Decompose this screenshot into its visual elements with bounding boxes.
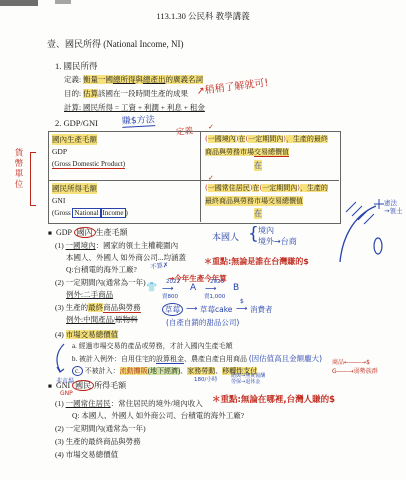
gni-full-post: ) (126, 209, 128, 217)
owner-b-label: B (233, 283, 239, 293)
gni-h-post: 所得毛額 (94, 381, 126, 390)
gni-full-income-boxed: Income (101, 208, 126, 218)
gdp-abbr-cell: GDP (52, 147, 67, 156)
people-who: 本國人 (212, 233, 239, 243)
gdp-definition-line2: 商品與勞務市場交易總價值 (205, 147, 289, 157)
people-out: 境外→台商 (258, 236, 297, 247)
square-bullet-icon: ■ (48, 230, 52, 237)
arrow-icon: ⟶ (186, 304, 197, 313)
gdp-item4-line: (4) 市場交易總價值 (55, 329, 118, 340)
gdp-item3-line: (3) 生產的最終商品與勞務 (55, 302, 141, 313)
gdp-def-l2b-underlined: 交易總價值 (254, 148, 289, 157)
square-bullet-icon: ■ (48, 383, 52, 390)
gni-name-cell: 國民所得毛額 (52, 183, 97, 194)
document-title: 113.1.30 公民科 教學講義 (0, 10, 406, 22)
c-pre: 不被計入： (83, 367, 120, 375)
gdp-definition-line1: (一國境內)在(一定期間內)，生產的最終 (205, 134, 328, 144)
curved-arrow-icon (52, 342, 68, 376)
i1-rest: ：國家的領土主權範圍內 (96, 241, 179, 250)
i4-highlight: 市場交易總價值 (66, 330, 119, 339)
arrow-icon: ――→ (337, 368, 354, 375)
gdp-sub-b: b. 被計入例外：自用住宅的設算租金、農產自產自用商品 (因估值高且金額龐大) (72, 353, 322, 364)
scan-artifact (0, 0, 38, 6)
sec1-goal-line: 目的: 估算該國在一段時間生產的成果 (64, 88, 188, 99)
gni-i1-num: (1) (55, 399, 66, 408)
gdp-h-circled: 國內 (74, 227, 96, 238)
gni-item3-line: (3) 生產的最終商品與勞務 (55, 436, 141, 447)
check-icon: ✓ (208, 123, 214, 131)
consumer-label: 消費者 (250, 304, 273, 315)
gdp-section-heading: ■ GDP 國內生產毛額 (48, 227, 128, 238)
def-p2-underlined: 總所得 (113, 75, 136, 84)
arrow-icon: ⟶ (236, 304, 247, 313)
b-post: 、農產自產自用商品 (184, 355, 247, 363)
sec2-heading: 2. GDP/GNI (55, 118, 98, 128)
strawberry-label-circled: 草莓 (162, 303, 183, 316)
i1-num: (1) (55, 241, 66, 250)
b-underlined: 設算租金 (156, 355, 184, 364)
i4-num: (4) (55, 330, 66, 339)
sec1-heading: 1. 國民所得 (55, 60, 98, 72)
transfer-note-2: 勞保→退休金 (231, 378, 260, 385)
t-shirt-icon: 👕 (146, 283, 157, 293)
double-arrow-icon: ←――→ (344, 359, 366, 366)
gni-item2-line: (2) 一定期間內(通常為一年) (55, 423, 146, 434)
def-p3: 與 (135, 75, 143, 84)
scan-artifact (55, 0, 71, 4)
gni-def-t1: 一國常住居民 (208, 184, 250, 192)
gdp-h-post: 生產毛額 (96, 228, 128, 237)
note-text: 稍稍了解就可! (204, 78, 269, 97)
table-column-divider (200, 131, 201, 222)
red-diagram-line2: G――→弱勢族群 (332, 366, 378, 375)
c-hl1: 流動攤販 (120, 367, 148, 375)
red-diagram-line1: 商品←――→$ (332, 357, 370, 366)
gni-def-tail: ，生產的 (300, 184, 328, 192)
handwritten-zai: 在 (254, 160, 262, 171)
gdp-sub-a: a. 經過市場交易的產品或勞務，才計入國內生產毛額 (72, 341, 233, 351)
gdp-def-t2: 一定期間內 (248, 135, 283, 143)
gni-item1-line: (1) 一國常住居民：常住居民的境外/境內收入 (55, 398, 203, 409)
price1-label: 賣800 (162, 292, 178, 300)
gni-def-t2: 一定期間內 (262, 184, 297, 192)
taiwan-sketch-label2: →領土 (384, 206, 402, 215)
handwritten-key-point-gni: ＊重點:無論在哪裡,台灣人賺的$ (212, 393, 335, 405)
def-highlight: 衡量一國總所得與總產出的廣義名詞 (83, 75, 203, 84)
i3-pre: 生產的 (66, 303, 89, 312)
gni-i1-key: 一國常住居民 (66, 399, 111, 408)
gdp-def-l2a: 商品與勞務市場 (205, 148, 254, 156)
goal-rest: 該國在一段時間生產的成果 (98, 89, 188, 98)
gni-item4-line: (4) 市場交易總價值 (55, 449, 118, 460)
gni-full-pre: (Gross (52, 209, 72, 217)
c-hl2-green: (地下經濟) (148, 367, 181, 375)
diag-weak: 弱勢族群 (354, 368, 378, 375)
people-in: 境內 (258, 225, 274, 236)
diag-goods: 商品 (332, 359, 344, 366)
i3-num: (3) (55, 303, 66, 312)
handwritten-zai: 在 (254, 208, 262, 219)
def-label: 定義: (64, 75, 83, 84)
gni-i1-rest: ：常住居民的境外/境內收入 (111, 399, 203, 408)
handwritten-people-note: 本國人 (212, 230, 239, 243)
gni-h-circled: 國民 (72, 380, 94, 391)
self-produce-note: (自產自銷的甜品公司) (166, 317, 239, 328)
goal-highlight: 估算 (83, 89, 98, 98)
gni-item1-question: Q: 本國人、外國人 如外商公司、台積電的海外工廠? (72, 410, 244, 421)
gni-abbr-cell: GNI (52, 196, 65, 205)
i2-text: 一定期間內(通常為一年) (66, 278, 146, 287)
handwritten-method-note: 賺$方法 (122, 112, 155, 128)
handwritten-key-point-gdp: ＊重點:無論是誰在台灣賺的$ (204, 256, 309, 267)
gni-full-national-boxed: National (72, 208, 100, 218)
gdp-def-t1: 一國境內 (208, 135, 236, 143)
handwritten-note-understand: ↗稍稍了解就可! (195, 74, 269, 98)
def-p4-underlined: 總產出 (143, 75, 166, 84)
i2-num: (2) (55, 278, 66, 287)
i3-exc-struck: 原物料 (115, 315, 138, 324)
gdp-item1-line: (1) 一國境內：國家的領土主權範圍內 (55, 240, 178, 251)
diag-dollar: $ (366, 359, 370, 366)
owner-a-label: A (190, 283, 196, 293)
gdp-item2-exception: 例外:二手商品 (66, 289, 113, 300)
gni-definition-line1: (一國常住居民)在(一定期間內)，生產的 (205, 183, 328, 193)
i3-highlight: 最終 (88, 303, 103, 312)
i1-key: 一國境內 (66, 241, 96, 250)
gdp-item2-line: (2) 一定期間內(通常為一年) (55, 277, 146, 288)
cake-label: 草莓cake (200, 304, 232, 315)
hourly-rate-note: 180/小時 (194, 375, 217, 383)
gdp-h-pre: GDP (56, 228, 74, 237)
margin-bracket (30, 152, 36, 206)
part1-title: 壹、國民所得 (National Income, NI) (47, 37, 183, 50)
gdp-item3-exception: 例外:中間產品/原物料 (66, 314, 138, 325)
gni-definition-line2: 最終商品與勞務市場交易總價值 (205, 196, 303, 206)
gdp-full-cell: (Gross Domestic Product) (52, 160, 125, 169)
def-p1: 衡量一國 (83, 75, 113, 84)
gdp-item1-question: Q:台積電的海外工廠? (66, 264, 137, 275)
gdp-name-cell: 國內生產毛額 (52, 134, 97, 145)
handwritten-gnp-note: GNP (60, 390, 73, 397)
table-row-divider (48, 180, 339, 181)
c-hl3: 家務勞動 (187, 367, 215, 375)
b-blue-note: (因估值高且金額龐大) (249, 354, 322, 363)
i3-post-underlined: 商品與勞務 (103, 303, 141, 313)
gni-full-cell: (Gross NationalIncome) (52, 209, 128, 217)
goal-label: 目的: (64, 89, 83, 98)
gdp-def-tail: ，生產的最終 (286, 135, 328, 143)
margin-note-currency-unit: 貨幣單位 (12, 148, 24, 190)
b-pre: b. 被計入例外：自用住宅的 (72, 355, 156, 363)
price2-label: 賣1,000 (204, 292, 225, 300)
gdp-sub-c: c. 不被計入：流動攤販(地下經濟)、家務勞動、移轉性支付 (72, 366, 257, 376)
sec1-calc-line: 計算: 國民所得 = 工資 + 利潤 + 利息 + 租金 (64, 102, 205, 113)
handwritten-answer: 不算✗ (149, 260, 169, 271)
sec1-definition-line: 定義: 衡量一國總所得與總產出的廣義名詞 (64, 74, 203, 85)
i3-exc-pre: 例外:中間產品/ (66, 315, 115, 324)
gni-h-pre: GNI (56, 381, 72, 390)
c-label-circled: c. (72, 366, 83, 376)
scanned-handout-page: 113.1.30 公民科 教學講義 壹、國民所得 (National Incom… (0, 0, 406, 480)
